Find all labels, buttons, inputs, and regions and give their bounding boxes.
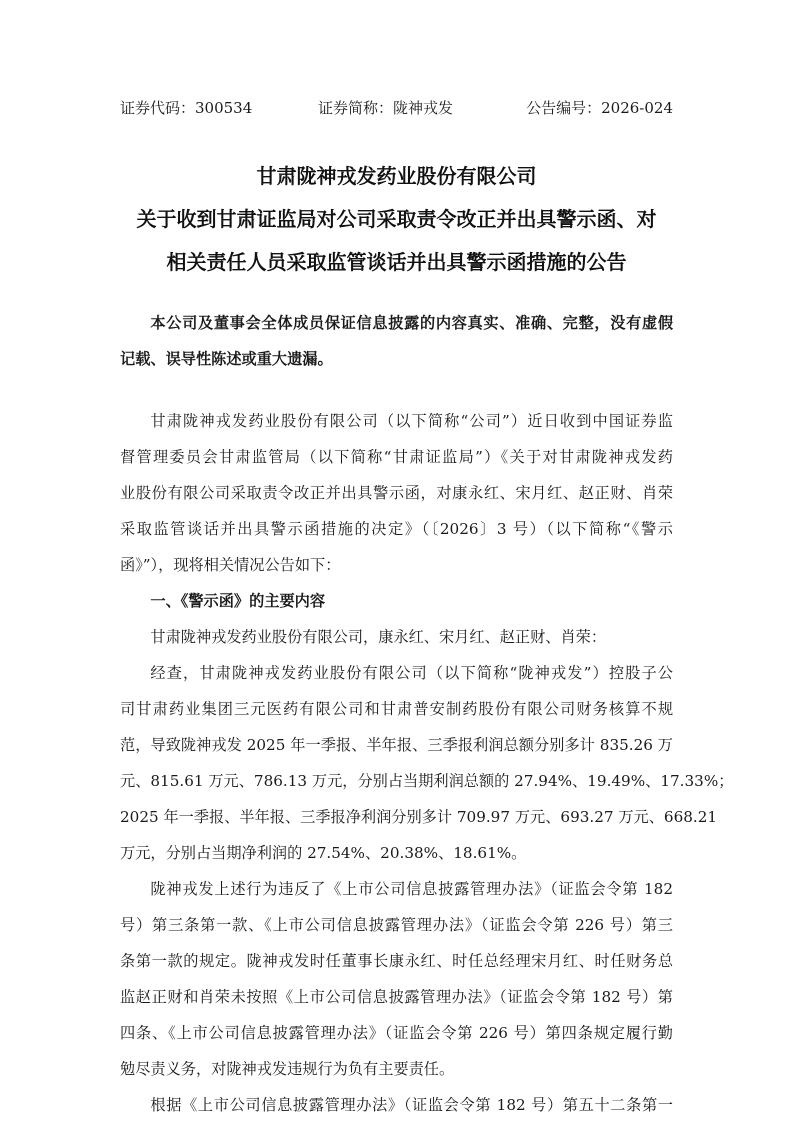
announcement-number: 公告编号：2026-024 [526,96,673,120]
security-code: 证券代码：300534 [120,96,252,120]
announcement-body: 甘肃陇神戎发药业股份有限公司（以下简称“公司”）近日收到中国证券监 督管理委员会… [120,403,673,1122]
announcement-title-line2: 相关责任人员采取监管谈话并出具警示函措施的公告 [100,247,693,277]
text-line: 陇神戎发上述行为违反了《上市公司信息披露管理办法》（证监会令第 182 [120,871,673,907]
section-heading: 一、《警示函》的主要内容 [120,583,673,619]
text-line: 号）第三条第一款、《上市公司信息披露管理办法》（证监会令第 226 号）第三 [120,907,673,943]
basis-paragraph: 根据《上市公司信息披露管理办法》（证监会令第 182 号）第五十二条第一 [120,1087,673,1122]
text-line: 元、815.61 万元、786.13 万元，分别占当期利润总额的 27.94%、… [120,763,673,799]
intro-paragraph: 甘肃陇神戎发药业股份有限公司（以下简称“公司”）近日收到中国证券监 督管理委员会… [120,403,673,583]
violation-paragraph: 陇神戎发上述行为违反了《上市公司信息披露管理办法》（证监会令第 182 号）第三… [120,871,673,1087]
document-header: 证券代码：300534 证券简称：陇神戎发 公告编号：2026-024 [120,96,673,120]
text-line: 根据《上市公司信息披露管理办法》（证监会令第 182 号）第五十二条第一 [120,1087,673,1122]
text-line: 本公司及董事会全体成员保证信息披露的内容真实、准确、完整，没有虚假 [120,305,673,341]
text-line: 范，导致陇神戎发 2025 年一季报、半年报、三季报利润总额分别多计 835.2… [120,727,673,763]
text-line: 条第一款的规定。陇神戎发时任董事长康永红、时任总经理宋月红、时任财务总 [120,943,673,979]
company-title: 甘肃陇神戎发药业股份有限公司 [100,161,693,191]
announcement-title-line1: 关于收到甘肃证监局对公司采取责令改正并出具警示函、对 [100,204,693,234]
security-name: 证券简称：陇神戎发 [318,96,453,120]
text-line: 经查，甘肃陇神戎发药业股份有限公司（以下简称“陇神戎发”）控股子公 [120,655,673,691]
text-line: 函》”），现将相关情况公告如下： [120,547,673,583]
text-line: 勉尽责义务，对陇神戎发违规行为负有主要责任。 [120,1051,673,1087]
text-line: 万元，分别占当期净利润的 27.54%、20.38%、18.61%。 [120,835,673,871]
findings-paragraph: 经查，甘肃陇神戎发药业股份有限公司（以下简称“陇神戎发”）控股子公 司甘肃药业集… [120,655,673,871]
text-line: 采取监管谈话并出具警示函措施的决定》（〔2026〕3 号）（以下简称“《警示 [120,511,673,547]
addressee-line: 甘肃陇神戎发药业股份有限公司，康永红、宋月红、赵正财、肖荣： [120,619,673,655]
text-line: 监赵正财和肖荣未按照《上市公司信息披露管理办法》（证监会令第 182 号）第 [120,979,673,1015]
board-declaration: 本公司及董事会全体成员保证信息披露的内容真实、准确、完整，没有虚假 记载、误导性… [120,305,673,377]
text-line: 司甘肃药业集团三元医药有限公司和甘肃普安制药股份有限公司财务核算不规 [120,691,673,727]
text-line: 记载、误导性陈述或重大遗漏。 [120,341,673,377]
text-line: 督管理委员会甘肃监管局（以下简称“甘肃证监局”）《关于对甘肃陇神戎发药 [120,439,673,475]
text-line: 2025 年一季报、半年报、三季报净利润分别多计 709.97 万元、693.2… [120,799,673,835]
text-line: 业股份有限公司采取责令改正并出具警示函，对康永红、宋月红、赵正财、肖荣 [120,475,673,511]
text-line: 四条、《上市公司信息披露管理办法》（证监会令第 226 号）第四条规定履行勤 [120,1015,673,1051]
text-line: 甘肃陇神戎发药业股份有限公司（以下简称“公司”）近日收到中国证券监 [120,403,673,439]
